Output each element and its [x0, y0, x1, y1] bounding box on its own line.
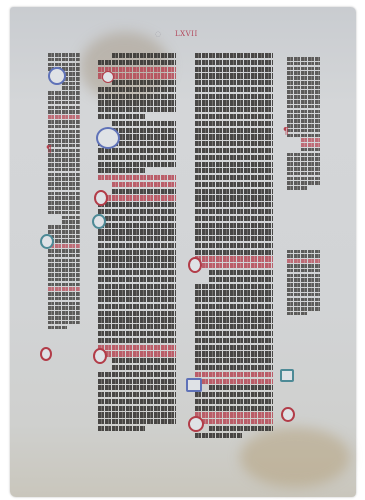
text-line — [287, 298, 320, 302]
text-line — [48, 225, 80, 229]
text-line — [209, 426, 273, 431]
text-line — [287, 134, 320, 138]
text-line — [98, 385, 176, 390]
initial-letter-red — [188, 257, 202, 273]
text-line — [301, 148, 320, 152]
text-line — [48, 292, 80, 296]
text-line — [195, 229, 273, 234]
text-line — [48, 211, 80, 215]
initial-letter-red — [281, 407, 295, 422]
text-line — [48, 96, 80, 100]
text-line — [195, 412, 273, 417]
text-line — [48, 101, 80, 105]
text-line — [98, 94, 176, 99]
text-line — [48, 249, 80, 253]
text-line — [195, 290, 273, 295]
text-line — [195, 216, 273, 221]
text-line — [195, 60, 273, 65]
text-line — [62, 82, 80, 86]
text-line — [48, 134, 80, 138]
text-line — [287, 307, 320, 311]
text-line — [98, 107, 176, 112]
text-line — [98, 216, 176, 221]
text-line — [112, 189, 176, 194]
text-line — [195, 338, 273, 343]
text-line — [48, 206, 80, 210]
initial-letter-blue — [96, 127, 120, 149]
text-line — [98, 379, 176, 384]
text-line — [48, 63, 80, 67]
text-line — [48, 106, 80, 110]
text-line — [195, 80, 273, 85]
text-line — [287, 278, 320, 282]
text-line — [195, 114, 273, 119]
initial-letter-red — [102, 71, 114, 83]
text-line — [195, 67, 273, 72]
text-line — [48, 259, 80, 263]
text-line — [48, 153, 80, 157]
column-gloss-right — [287, 57, 320, 317]
text-line — [195, 243, 273, 248]
text-line — [98, 114, 145, 119]
text-line — [195, 168, 273, 173]
text-line — [112, 80, 176, 85]
text-line — [98, 331, 176, 336]
text-line — [98, 419, 176, 424]
text-line — [195, 419, 273, 424]
text-line — [287, 250, 320, 254]
paragraph-mark-red: ¶ — [283, 127, 289, 137]
text-line — [195, 162, 273, 167]
text-line — [98, 229, 176, 234]
text-line — [48, 173, 80, 177]
text-line — [195, 128, 273, 133]
text-line — [48, 326, 67, 330]
text-line — [62, 86, 80, 90]
text-line — [195, 358, 273, 363]
text-line — [48, 278, 80, 282]
text-line — [287, 167, 320, 171]
text-line — [98, 392, 176, 397]
text-line — [195, 202, 273, 207]
text-line — [287, 110, 320, 114]
text-line — [195, 175, 273, 180]
text-line — [195, 256, 273, 261]
text-line — [287, 76, 320, 80]
text-line — [98, 100, 176, 105]
text-line — [48, 263, 80, 267]
text-line — [48, 302, 80, 306]
text-line — [98, 175, 176, 180]
text-line — [48, 321, 80, 325]
text-line — [98, 236, 176, 241]
text-line — [287, 129, 320, 133]
text-line — [287, 67, 320, 71]
folio-mark: ◌ — [155, 30, 161, 38]
initial-letter-red — [40, 347, 52, 361]
text-line — [287, 177, 320, 181]
text-line — [195, 345, 273, 350]
text-line — [48, 268, 80, 272]
text-line — [48, 297, 80, 301]
text-line — [195, 324, 273, 329]
text-line — [195, 351, 273, 356]
text-line — [48, 158, 80, 162]
text-line — [98, 87, 176, 92]
text-line — [287, 172, 320, 176]
text-line — [287, 71, 320, 75]
text-line — [112, 182, 176, 187]
text-line — [195, 331, 273, 336]
text-line — [195, 372, 273, 377]
text-line — [195, 182, 273, 187]
text-line — [287, 288, 320, 292]
text-line — [287, 274, 320, 278]
text-line — [48, 91, 80, 95]
text-line — [287, 312, 307, 316]
text-line — [195, 100, 273, 105]
text-line — [195, 134, 273, 139]
text-line — [195, 107, 273, 112]
text-line — [98, 263, 176, 268]
text-line — [112, 365, 176, 370]
text-line — [98, 351, 176, 356]
text-line — [98, 372, 176, 377]
text-line — [98, 195, 176, 200]
text-line — [48, 125, 80, 129]
text-line — [195, 53, 273, 58]
text-line — [112, 128, 176, 133]
paragraph-mark-red: ¶ — [46, 145, 52, 155]
text-line — [195, 121, 273, 126]
text-line — [195, 392, 273, 397]
text-line — [48, 139, 80, 143]
initial-letter-teal — [40, 234, 54, 249]
text-line — [48, 311, 80, 315]
text-line — [287, 302, 320, 306]
text-line — [48, 115, 80, 119]
text-line — [62, 216, 80, 220]
text-line — [98, 223, 176, 228]
text-line — [98, 162, 176, 167]
text-line — [112, 121, 176, 126]
text-line — [195, 433, 242, 438]
text-line — [112, 53, 176, 58]
text-line — [98, 304, 176, 309]
initial-letter-teal — [92, 214, 106, 229]
text-line — [48, 306, 80, 310]
text-line — [98, 311, 176, 316]
initial-letter-blue — [48, 67, 66, 85]
text-line — [287, 119, 320, 123]
text-line — [98, 243, 176, 248]
text-line — [195, 155, 273, 160]
text-line — [98, 406, 176, 411]
text-line — [195, 284, 273, 289]
text-line — [195, 236, 273, 241]
text-line — [287, 86, 320, 90]
text-line — [98, 412, 176, 417]
text-line — [98, 290, 176, 295]
text-line — [98, 277, 176, 282]
text-line — [287, 269, 320, 273]
text-line — [98, 168, 145, 173]
text-line — [301, 138, 320, 142]
text-line — [98, 324, 176, 329]
text-line — [98, 399, 176, 404]
text-line — [48, 273, 80, 277]
text-line — [301, 143, 320, 147]
text-line — [48, 283, 80, 287]
text-line — [98, 155, 176, 160]
text-line — [287, 124, 320, 128]
text-line — [195, 141, 273, 146]
text-line — [195, 379, 273, 384]
text-line — [48, 177, 80, 181]
text-line — [98, 284, 176, 289]
column-gloss-left — [48, 53, 80, 330]
text-line — [287, 283, 320, 287]
text-line — [48, 201, 80, 205]
column-main-1 — [98, 53, 176, 433]
text-line — [287, 62, 320, 66]
text-line — [98, 250, 176, 255]
text-line — [48, 163, 80, 167]
text-line — [195, 311, 273, 316]
text-line — [195, 250, 273, 255]
text-line — [48, 58, 80, 62]
text-line — [98, 202, 176, 207]
text-line — [98, 60, 176, 65]
text-line — [287, 95, 320, 99]
text-line — [48, 130, 80, 134]
text-line — [195, 94, 273, 99]
text-line — [195, 297, 273, 302]
text-line — [195, 195, 273, 200]
text-line — [112, 134, 176, 139]
text-line — [195, 399, 273, 404]
text-line — [98, 317, 176, 322]
initial-letter-teal — [280, 369, 294, 382]
text-line — [287, 153, 320, 157]
text-line — [195, 148, 273, 153]
text-line — [287, 259, 320, 263]
text-line — [48, 230, 80, 234]
text-line — [48, 316, 80, 320]
manuscript-page: ◌ LXVII ¶ ¶ — [10, 7, 356, 497]
text-line — [209, 277, 273, 282]
text-line — [287, 100, 320, 104]
text-line — [287, 293, 320, 297]
text-line — [195, 263, 273, 268]
text-line — [195, 87, 273, 92]
text-line — [62, 220, 80, 224]
initial-letter-red — [94, 190, 108, 206]
text-line — [287, 81, 320, 85]
text-line — [48, 149, 80, 153]
text-line — [98, 426, 145, 431]
text-line — [195, 304, 273, 309]
text-line — [98, 209, 176, 214]
text-line — [48, 53, 80, 57]
text-line — [287, 90, 320, 94]
text-line — [48, 120, 80, 124]
text-line — [112, 358, 176, 363]
text-line — [48, 254, 80, 258]
text-line — [287, 105, 320, 109]
text-line — [48, 168, 80, 172]
text-line — [48, 144, 80, 148]
initial-letter-red — [93, 348, 107, 364]
text-line — [195, 73, 273, 78]
text-line — [48, 187, 80, 191]
text-line — [98, 256, 176, 261]
initial-letter-blue — [186, 378, 202, 392]
text-line — [287, 181, 320, 185]
text-line — [48, 182, 80, 186]
text-line — [195, 406, 273, 411]
column-main-2 — [195, 53, 273, 440]
text-line — [48, 287, 80, 291]
text-line — [287, 254, 320, 258]
text-line — [48, 196, 80, 200]
folio-number: LXVII — [175, 30, 198, 38]
text-line — [287, 186, 307, 190]
text-line — [48, 192, 80, 196]
text-line — [48, 110, 80, 114]
text-line — [195, 365, 273, 370]
text-line — [98, 297, 176, 302]
text-line — [195, 209, 273, 214]
text-line — [98, 338, 176, 343]
text-line — [287, 157, 320, 161]
text-line — [287, 162, 320, 166]
text-line — [209, 270, 273, 275]
text-line — [209, 385, 273, 390]
text-line — [98, 345, 176, 350]
initial-letter-red — [188, 416, 204, 432]
text-line — [287, 114, 320, 118]
text-line — [98, 270, 176, 275]
text-line — [287, 264, 320, 268]
text-line — [195, 223, 273, 228]
text-line — [287, 57, 320, 61]
text-line — [195, 189, 273, 194]
text-line — [195, 317, 273, 322]
